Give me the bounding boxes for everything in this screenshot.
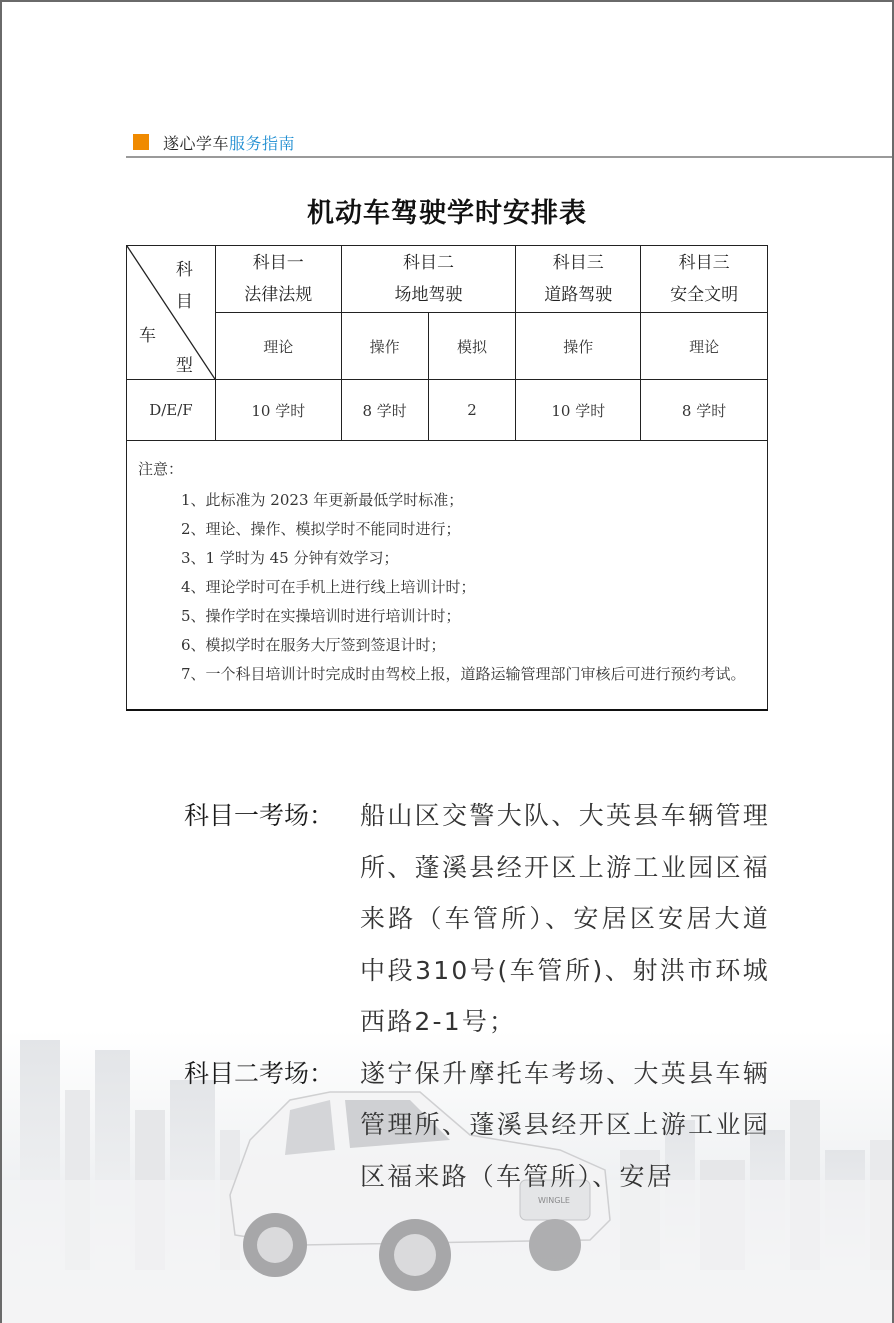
subject-3-road-header: 科目三 道路驾驶 (516, 246, 641, 313)
exam-site-subject-1: 科目一考场： 船山区交警大队、大英县车辆管理所、蓬溪县经开区上游工业园区福来路（… (184, 790, 774, 1048)
header-divider (126, 156, 894, 158)
subject-2-desc: 场地驾驶 (342, 279, 516, 311)
subject-1-header: 科目一 法律法规 (215, 246, 341, 313)
note-item: 1、此标准为 2023 年更新最低学时标准； (138, 486, 757, 515)
exam-site-label: 科目一考场： (184, 790, 360, 1048)
subject-3-safety-header: 科目三 安全文明 (641, 246, 768, 313)
hours-cell: 10 学时 (516, 380, 641, 441)
type-header-row: 理论 操作 模拟 操作 理论 (127, 313, 768, 380)
table-row: D/E/F 10 学时 8 学时 2 10 学时 8 学时 (127, 380, 768, 441)
note-item: 3、1 学时为 45 分钟有效学习； (138, 544, 757, 573)
subject-3-safety-name: 科目三 (641, 247, 767, 279)
notes-row: 注意： 1、此标准为 2023 年更新最低学时标准； 2、理论、操作、模拟学时不… (127, 441, 768, 711)
header-brand: 遂心学车 (163, 134, 229, 153)
note-item: 2、理论、操作、模拟学时不能同时进行； (138, 515, 757, 544)
corner-label-ke: 科 (176, 254, 193, 286)
training-hours-table: 科 目 车 型 科目一 法律法规 科目二 场地驾驶 科目三 道路驾驶 科目三 安… (126, 245, 768, 711)
type-cell: 操作 (341, 313, 428, 380)
note-item: 6、模拟学时在服务大厅签到签退计时； (138, 631, 757, 660)
exam-site-subject-2: 科目二考场： 遂宁保升摩托车考场、大英县车辆管理所、蓬溪县经开区上游工业园区福来… (184, 1048, 774, 1203)
type-cell: 操作 (516, 313, 641, 380)
subject-1-desc: 法律法规 (216, 279, 341, 311)
header-section: 服务指南 (229, 134, 295, 153)
subject-3-road-desc: 道路驾驶 (516, 279, 640, 311)
hours-cell: 8 学时 (341, 380, 428, 441)
subject-2-header: 科目二 场地驾驶 (341, 246, 516, 313)
subject-2-name: 科目二 (342, 247, 516, 279)
corner-label-mu: 目 (176, 286, 193, 318)
vehicle-type-cell: D/E/F (127, 380, 216, 441)
note-item: 5、操作学时在实操培训时进行培训计时； (138, 602, 757, 631)
corner-label-che: 车 (139, 320, 156, 352)
orange-square-icon (133, 134, 149, 150)
running-header: 遂心学车服务指南 (133, 132, 295, 152)
exam-site-text: 船山区交警大队、大英县车辆管理所、蓬溪县经开区上游工业园区福来路（车管所）、安居… (360, 790, 770, 1048)
exam-site-label: 科目二考场： (184, 1048, 360, 1203)
exam-sites-section: 科目一考场： 船山区交警大队、大英县车辆管理所、蓬溪县经开区上游工业园区福来路（… (184, 790, 774, 1202)
note-item: 7、一个科目培训计时完成时由驾校上报，道路运输管理部门审核后可进行预约考试。 (138, 660, 757, 689)
notes-list: 1、此标准为 2023 年更新最低学时标准； 2、理论、操作、模拟学时不能同时进… (138, 486, 757, 689)
diagonal-line-icon (127, 246, 215, 379)
note-item: 4、理论学时可在手机上进行线上培训计时； (138, 573, 757, 602)
corner-diagonal-cell: 科 目 车 型 (127, 246, 216, 380)
type-cell: 模拟 (428, 313, 516, 380)
subject-header-row: 科 目 车 型 科目一 法律法规 科目二 场地驾驶 科目三 道路驾驶 科目三 安… (127, 246, 768, 313)
subject-3-safety-desc: 安全文明 (641, 279, 767, 311)
type-cell: 理论 (215, 313, 341, 380)
subject-3-road-name: 科目三 (516, 247, 640, 279)
document-title: 机动车驾驶学时安排表 (0, 191, 894, 230)
notes-cell: 注意： 1、此标准为 2023 年更新最低学时标准； 2、理论、操作、模拟学时不… (127, 441, 768, 711)
exam-site-text: 遂宁保升摩托车考场、大英县车辆管理所、蓬溪县经开区上游工业园区福来路（车管所）、… (360, 1048, 770, 1203)
subject-1-name: 科目一 (216, 247, 341, 279)
header-title: 遂心学车服务指南 (163, 131, 295, 154)
type-cell: 理论 (641, 313, 768, 380)
hours-cell: 2 (428, 380, 516, 441)
notes-heading: 注意： (138, 457, 757, 481)
hours-cell: 10 学时 (215, 380, 341, 441)
corner-label-xing: 型 (176, 350, 193, 382)
hours-cell: 8 学时 (641, 380, 768, 441)
